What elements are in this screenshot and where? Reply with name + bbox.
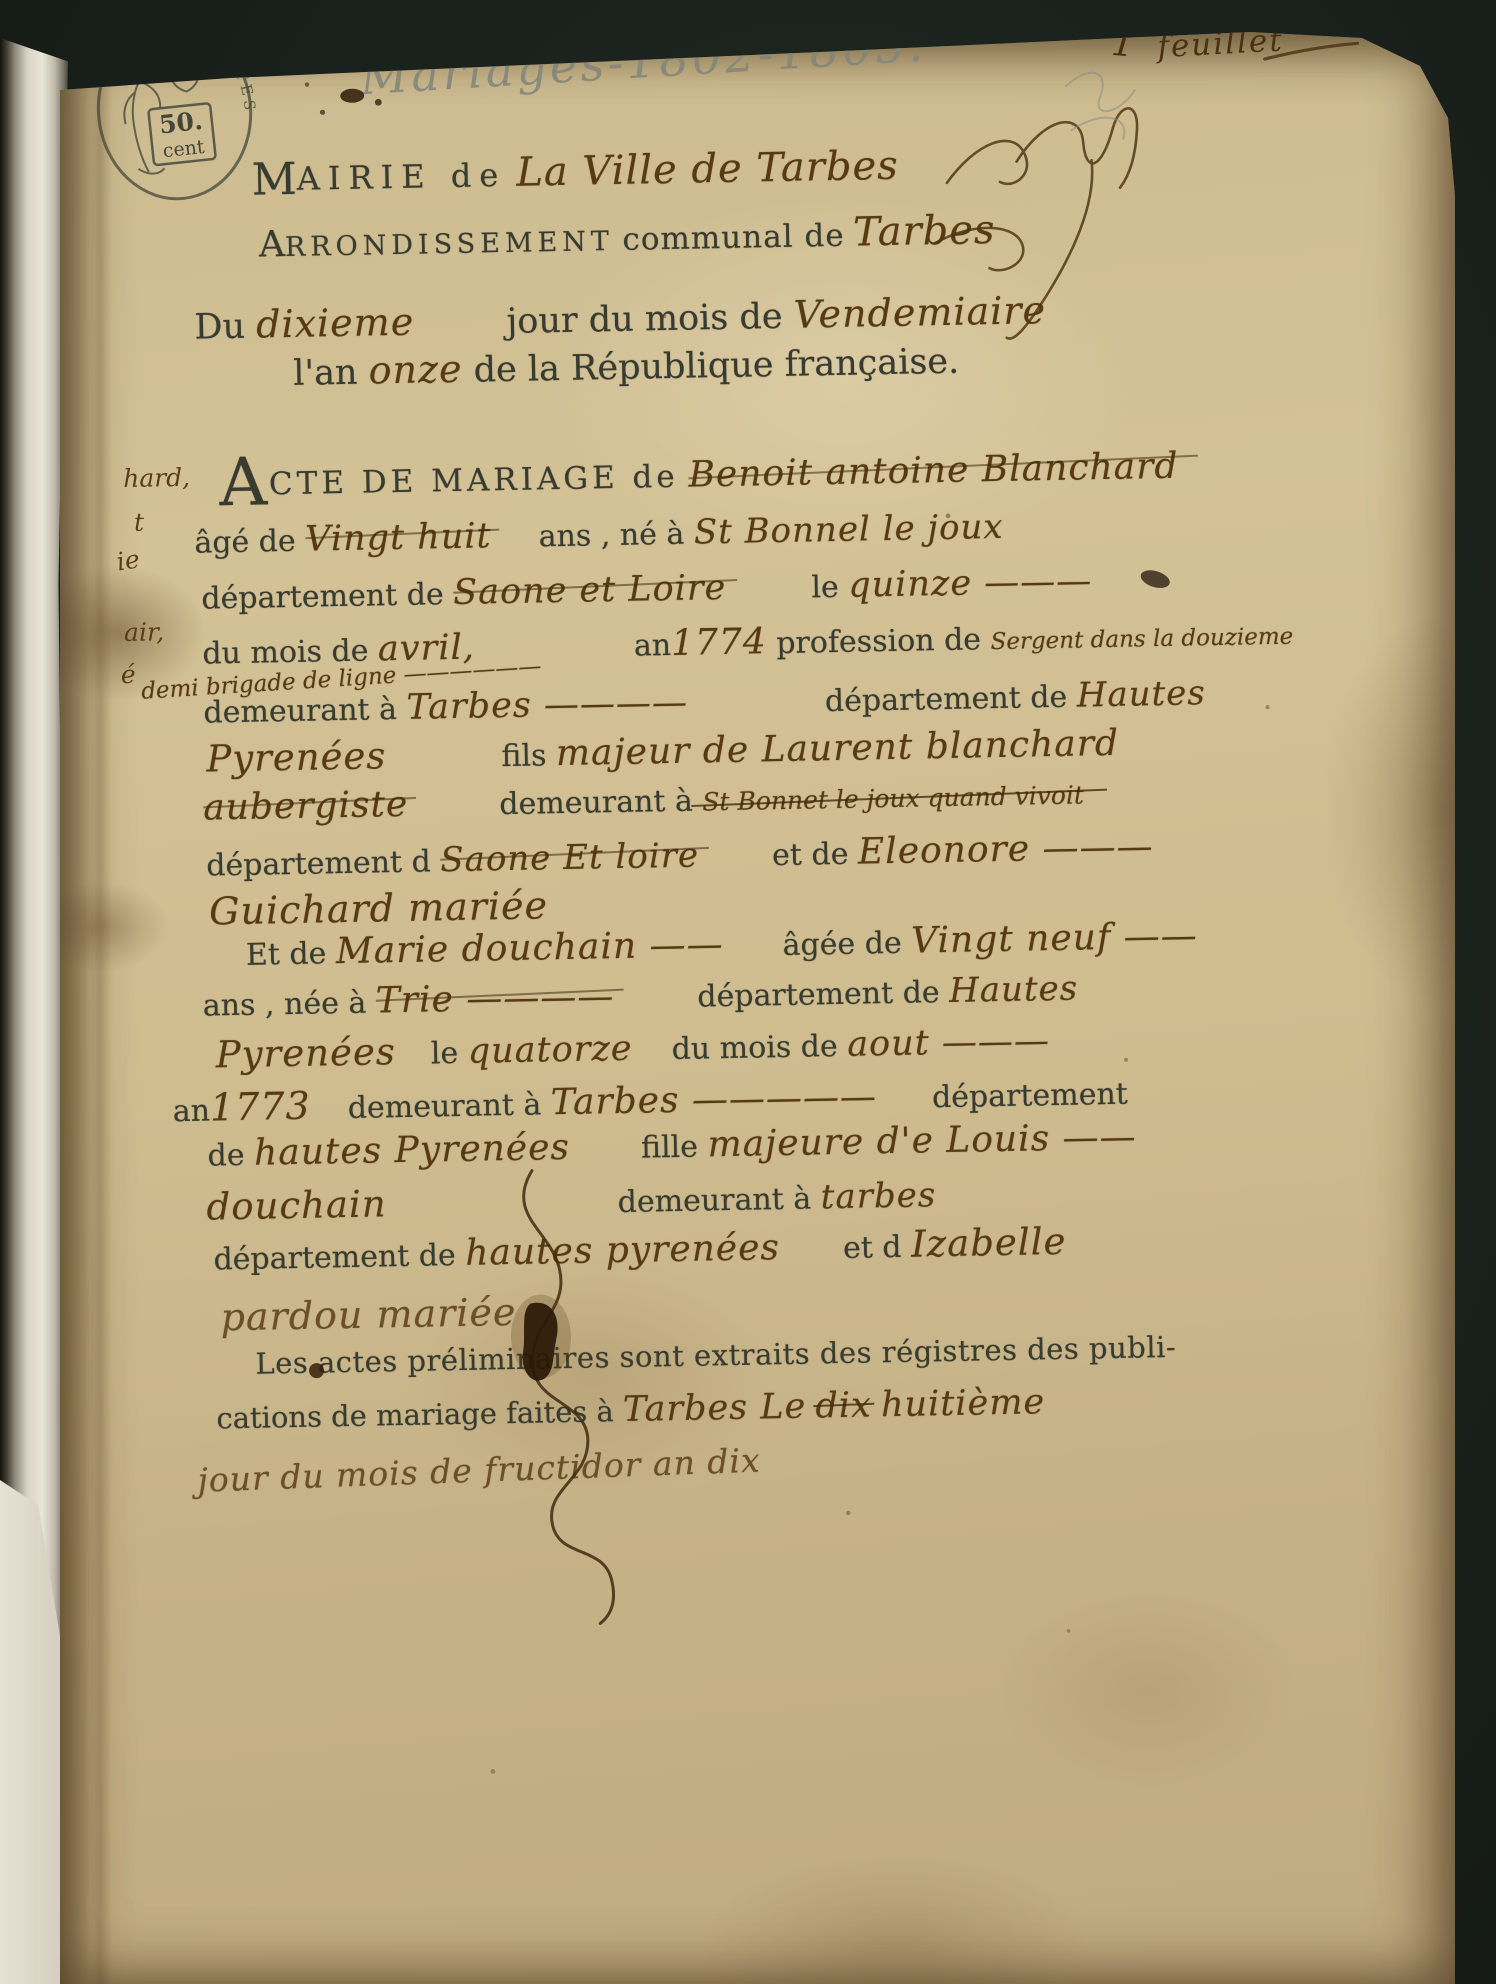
father-profession-value: aubergiste — [203, 784, 409, 829]
mairie-label: AIRIE de — [296, 156, 506, 198]
margin-note: t — [134, 508, 145, 537]
header-year-line: l'an onze de la République française. — [293, 341, 960, 392]
age-label: âgé de — [194, 524, 296, 561]
act-line-11: ans , née à Trie ———— département de Hau… — [203, 971, 1079, 1023]
and-of-label: et d — [843, 1230, 902, 1266]
folio-word: feuillet — [1157, 22, 1285, 65]
paraph-flourish — [1016, 108, 1139, 189]
father-department-value: Saone Et loire — [440, 836, 699, 881]
act-line-6: Pyrenées fils majeur de Laurent blanchar… — [206, 724, 1119, 779]
act-line-12: Pyrenées le quatorze du mois de aout ——— — [215, 1021, 1050, 1074]
mairie-value: La Ville de Tarbes — [516, 143, 899, 196]
preliminary-acts-text: Les actes préliminaires sont extraits de… — [255, 1330, 1176, 1381]
arrondissement-initial: A — [259, 224, 286, 265]
and-of-label: Et de — [246, 936, 327, 972]
acte-dropcap: A — [219, 443, 270, 521]
department-label: département de — [201, 577, 444, 616]
bride-father-residence-value: tarbes — [820, 1175, 936, 1217]
act-line-17: pardou mariée — [220, 1293, 517, 1336]
residing-label: demeurant à — [347, 1087, 541, 1126]
bride-mother-name-value: pardou mariée — [220, 1290, 517, 1339]
department-label: département d — [206, 844, 431, 883]
an-label: an — [172, 1094, 210, 1130]
arrondissement-communal-label: communal de — [622, 218, 845, 258]
paraph-flourish — [946, 141, 1027, 185]
acte-title: CTE DE MARIAGE de — [269, 459, 679, 503]
header-arrondissement-line: ARRONDISSEMENT communal de Tarbes — [259, 210, 996, 263]
department-label: département de — [825, 680, 1068, 719]
residing-label: demeurant à — [617, 1182, 811, 1221]
bride-father-surname-value: douchain — [206, 1182, 387, 1228]
bride-residence-department-value: hautes Pyrenées — [254, 1127, 571, 1174]
groom-mother-name-value: Guichard mariée — [209, 883, 549, 933]
publication-place-value: Tarbes Le — [623, 1387, 807, 1430]
bride-department-value: Hautes — [949, 969, 1079, 1011]
page-content: NNÉES HAUTES. 50. cent Mariages-1802-180… — [59, 2, 1490, 1984]
son-label: fils — [501, 738, 547, 774]
residence-department-continued: Pyrenées — [206, 734, 387, 780]
bride-mother-firstname-value: Izabelle — [911, 1220, 1067, 1266]
pencil-scribble — [1065, 72, 1136, 112]
pencil-scribble — [1071, 117, 1125, 140]
pencil-register-title: Mariages-1802-1805. — [359, 17, 928, 106]
born-at-label: ans , né à — [538, 517, 684, 555]
father-residence-value: St Bonnet le joux quand vivoit — [702, 780, 1084, 816]
residing-label: demeurant à — [203, 692, 397, 731]
date-du-label: Du — [194, 307, 245, 348]
groom-age-value: Vingt huit — [305, 516, 492, 559]
publications-label: cations de mariage faites à — [216, 1394, 614, 1435]
groom-residence-value: Tarbes ———— — [406, 683, 688, 728]
groom-name-value: Benoit antoine Blanchard — [688, 446, 1179, 496]
groom-father-value: majeur de Laurent blanchard — [556, 723, 1120, 774]
stamp-value-unit: cent — [162, 136, 206, 162]
year-value: onze — [368, 347, 463, 393]
bride-age-value: Vingt neuf —— — [911, 915, 1198, 961]
de-label: de — [207, 1138, 245, 1174]
daughter-label: fille — [641, 1130, 699, 1166]
folio-number: 1 — [1110, 23, 1136, 66]
header-mairie-line: MAIRIE de La Ville de Tarbes — [251, 146, 899, 203]
document-page: NNÉES HAUTES. 50. cent Mariages-1802-180… — [60, 26, 1455, 1984]
residence-department-value: Hautes — [1076, 673, 1206, 715]
act-line-14: de hautes Pyrenées fille majeure d'e Lou… — [207, 1120, 1137, 1173]
act-line-1: ACTE DE MARIAGE de Benoit antoine Blanch… — [219, 433, 1179, 517]
publication-date-value: jour du mois de fructidor an dix — [197, 1441, 761, 1500]
act-line-7: aubergiste demeurant à St Bonnet le joux… — [203, 774, 1084, 826]
le-label: le — [431, 1036, 459, 1071]
mairie-initial: M — [251, 154, 297, 206]
bride-department-continued: Pyrenées — [215, 1030, 396, 1076]
bride-birth-day-value: quatorze — [467, 1029, 633, 1072]
month-label: du mois de — [671, 1029, 838, 1067]
arrondissement-label: RRONDISSEMENT — [285, 226, 614, 263]
profession-value: Sergent dans la douzieme — [990, 624, 1293, 656]
aged-label: âgée de — [782, 926, 902, 963]
act-line-16: département de hautes pyrenées et d Izab… — [213, 1223, 1067, 1277]
groom-birthplace-value: St Bonnel le joux — [694, 507, 1004, 553]
act-line-2: âgé de Vingt huit ans , né à St Bonnel l… — [194, 510, 1004, 560]
groom-department-value: Saone et Loire — [453, 568, 727, 613]
act-line-9: Guichard mariée — [209, 886, 549, 930]
department-label: département de — [213, 1238, 456, 1277]
publication-day-value: huitième — [881, 1382, 1046, 1425]
act-line-19: cations de mariage faites à Tarbes Le di… — [216, 1385, 1045, 1435]
date-month-value: Vendemiaire — [793, 288, 1046, 337]
act-line-8: département d Saone Et loire et de Eleon… — [206, 829, 1154, 882]
margin-note: é — [121, 660, 136, 689]
bride-father-department-value: hautes pyrenées — [465, 1227, 780, 1274]
date-day-value: dixieme — [256, 300, 415, 347]
margin-note: air, — [124, 617, 165, 647]
act-line-15: douchain demeurant à tarbes — [206, 1175, 936, 1225]
profession-label: profession de — [776, 622, 981, 661]
stamp-value: 50. — [158, 106, 204, 139]
lan-label: l'an — [293, 353, 358, 394]
an-label: an — [634, 628, 672, 664]
act-line-18: Les actes préliminaires sont extraits de… — [255, 1333, 1176, 1379]
header-date-line: Du dixieme jour du mois de Vendemiaire — [194, 291, 1046, 346]
date-jour-mois-label: jour du mois de — [506, 297, 783, 342]
act-line-4: du mois de avril, an1774 profession de S… — [202, 615, 1293, 671]
birth-day-value: quinze ——— — [848, 561, 1093, 605]
bride-name-value: Marie douchain —— — [336, 924, 724, 972]
arrondissement-value: Tarbes — [853, 207, 996, 256]
bride-residence-value: Tarbes ————— — [550, 1076, 877, 1123]
department-label: département — [932, 1077, 1128, 1116]
birth-year-value: 1774 — [671, 621, 767, 664]
act-line-20: jour du mois de fructidor an dix — [197, 1444, 761, 1497]
publication-day-struck-value: dix — [815, 1385, 872, 1426]
revenue-stamp-icon: NNÉES HAUTES. 50. cent — [77, 7, 268, 214]
born-at-label: ans , née à — [203, 986, 367, 1024]
bride-birth-month-value: aout ——— — [847, 1021, 1050, 1065]
le-label: le — [811, 570, 839, 605]
department-label: département de — [697, 975, 940, 1014]
margin-note: hard, — [123, 463, 190, 493]
bride-birth-year-value: 1773 — [210, 1084, 312, 1130]
residing-label: demeurant à — [499, 784, 693, 823]
margin-note: ie — [115, 544, 142, 576]
and-of-label: et de — [772, 837, 849, 873]
republique-label: de la République française. — [473, 342, 959, 391]
bride-birthplace-value: Trie ———— — [375, 976, 614, 1021]
bride-father-value: majeure d'e Louis —— — [707, 1117, 1137, 1166]
groom-mother-firstname-value: Eleonore ——— — [858, 826, 1154, 872]
act-line-3: département de Saone et Loire le quinze … — [201, 564, 1092, 615]
